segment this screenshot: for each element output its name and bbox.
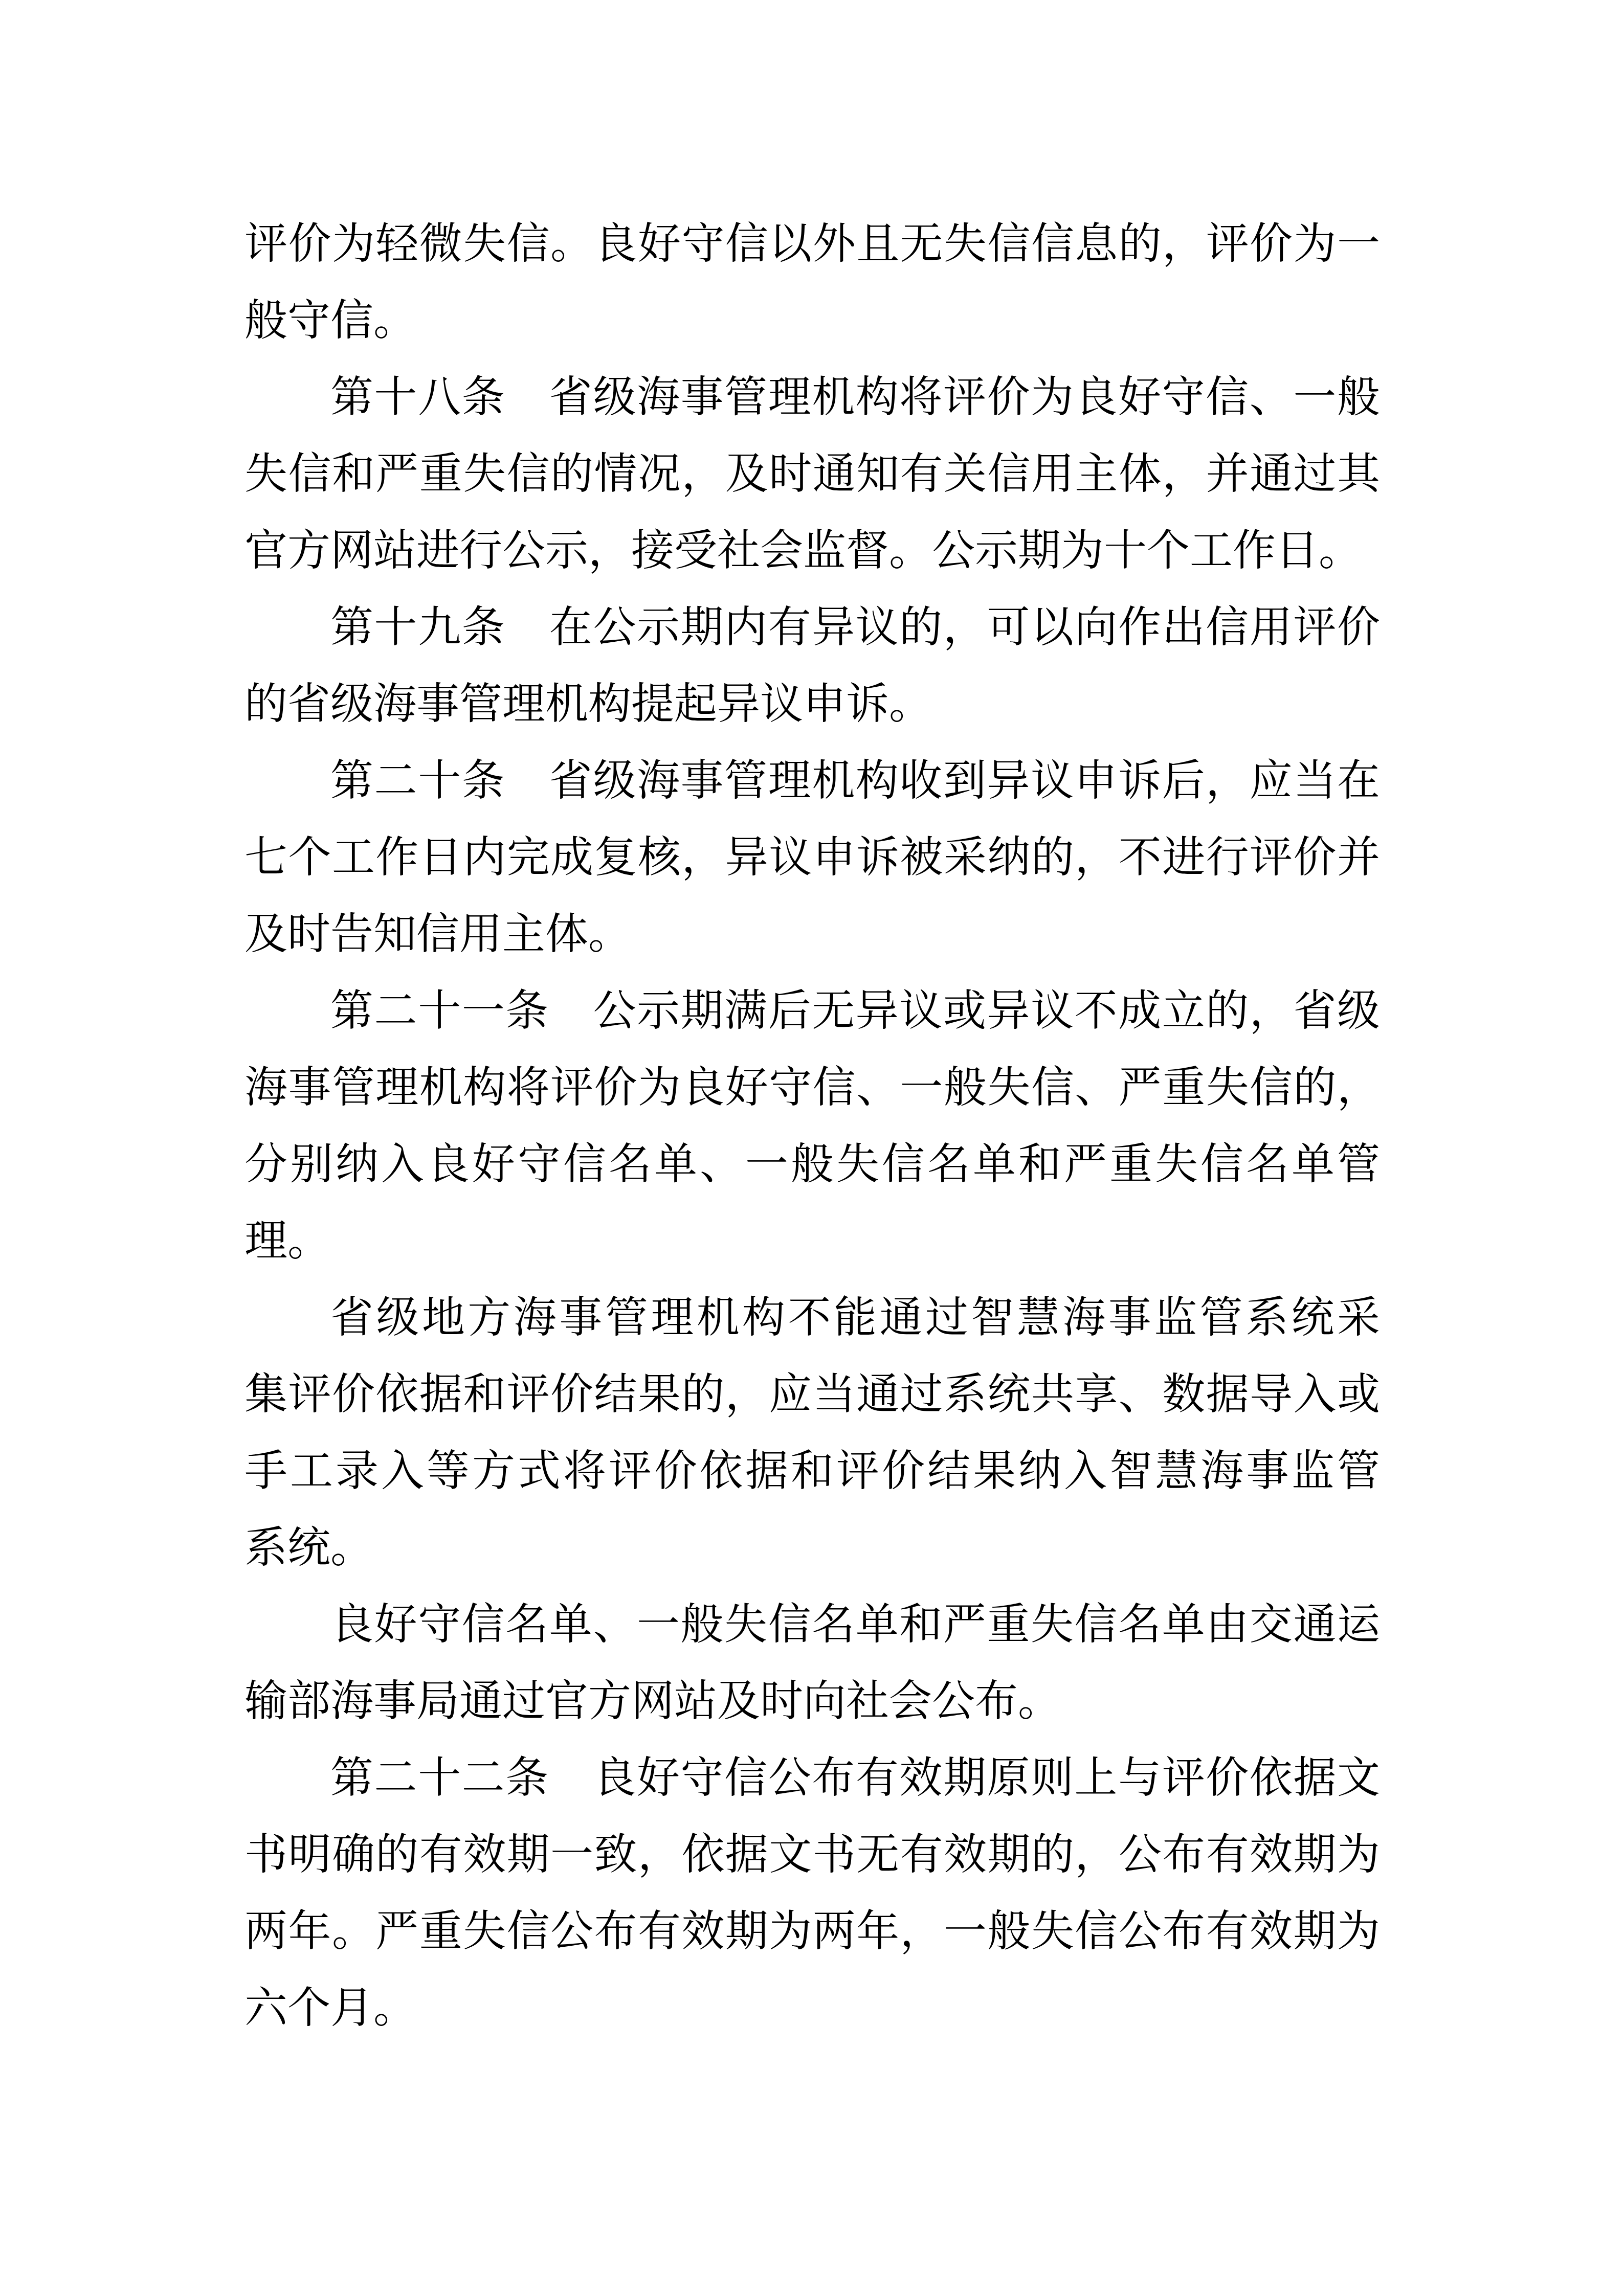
paragraph: 第十九条 在公示期内有异议的，可以向作出信用评价的省级海事管理机构提起异议申诉。 [244, 590, 1380, 743]
text-line: 集评价依据和评价结果的，应当通过系统共享、数据导入或 [244, 1357, 1380, 1433]
text-line: 省级地方海事管理机构不能通过智慧海事监管系统采 [244, 1280, 1380, 1357]
text-line: 分别纳入良好守信名单、一般失信名单和严重失信名单管 [244, 1127, 1380, 1203]
text-line: 六个月。 [244, 1970, 1380, 2047]
text-line: 的省级海事管理机构提起异议申诉。 [244, 666, 1380, 743]
text-line: 失信和严重失信的情况，及时通知有关信用主体，并通过其 [244, 436, 1380, 513]
text-line: 第二十条 省级海事管理机构收到异议申诉后，应当在 [244, 743, 1380, 820]
text-line: 输部海事局通过官方网站及时向社会公布。 [244, 1663, 1380, 1740]
text-line: 第十八条 省级海事管理机构将评价为良好守信、一般 [244, 359, 1380, 436]
text-line: 良好守信名单、一般失信名单和严重失信名单由交通运 [244, 1587, 1380, 1663]
paragraph: 评价为轻微失信。良好守信以外且无失信信息的，评价为一般守信。 [244, 206, 1380, 359]
text-line: 官方网站进行公示，接受社会监督。公示期为十个工作日。 [244, 513, 1380, 590]
paragraph: 第二十二条 良好守信公布有效期原则上与评价依据文书明确的有效期一致，依据文书无有… [244, 1740, 1380, 2047]
text-line: 手工录入等方式将评价依据和评价结果纳入智慧海事监管 [244, 1433, 1380, 1510]
text-line: 般守信。 [244, 283, 1380, 359]
text-line: 评价为轻微失信。良好守信以外且无失信信息的，评价为一 [244, 206, 1380, 283]
text-line: 第二十一条 公示期满后无异议或异议不成立的，省级 [244, 973, 1380, 1050]
document-page: 评价为轻微失信。良好守信以外且无失信信息的，评价为一般守信。第十八条 省级海事管… [0, 0, 1624, 2296]
paragraph: 第十八条 省级海事管理机构将评价为良好守信、一般失信和严重失信的情况，及时通知有… [244, 359, 1380, 590]
text-line: 系统。 [244, 1510, 1380, 1587]
text-line: 第十九条 在公示期内有异议的，可以向作出信用评价 [244, 590, 1380, 666]
text-line: 第二十二条 良好守信公布有效期原则上与评价依据文 [244, 1740, 1380, 1817]
text-line: 两年。严重失信公布有效期为两年，一般失信公布有效期为 [244, 1894, 1380, 1970]
text-line: 书明确的有效期一致，依据文书无有效期的，公布有效期为 [244, 1817, 1380, 1894]
text-line: 七个工作日内完成复核，异议申诉被采纳的，不进行评价并 [244, 820, 1380, 896]
paragraph: 省级地方海事管理机构不能通过智慧海事监管系统采集评价依据和评价结果的，应当通过系… [244, 1280, 1380, 1587]
text-line: 及时告知信用主体。 [244, 896, 1380, 973]
text-line: 海事管理机构将评价为良好守信、一般失信、严重失信的， [244, 1050, 1380, 1127]
paragraph: 第二十一条 公示期满后无异议或异议不成立的，省级海事管理机构将评价为良好守信、一… [244, 973, 1380, 1280]
paragraph: 第二十条 省级海事管理机构收到异议申诉后，应当在七个工作日内完成复核，异议申诉被… [244, 743, 1380, 973]
paragraph: 良好守信名单、一般失信名单和严重失信名单由交通运输部海事局通过官方网站及时向社会… [244, 1587, 1380, 1740]
document-text: 评价为轻微失信。良好守信以外且无失信信息的，评价为一般守信。第十八条 省级海事管… [244, 206, 1380, 2047]
text-line: 理。 [244, 1203, 1380, 1280]
